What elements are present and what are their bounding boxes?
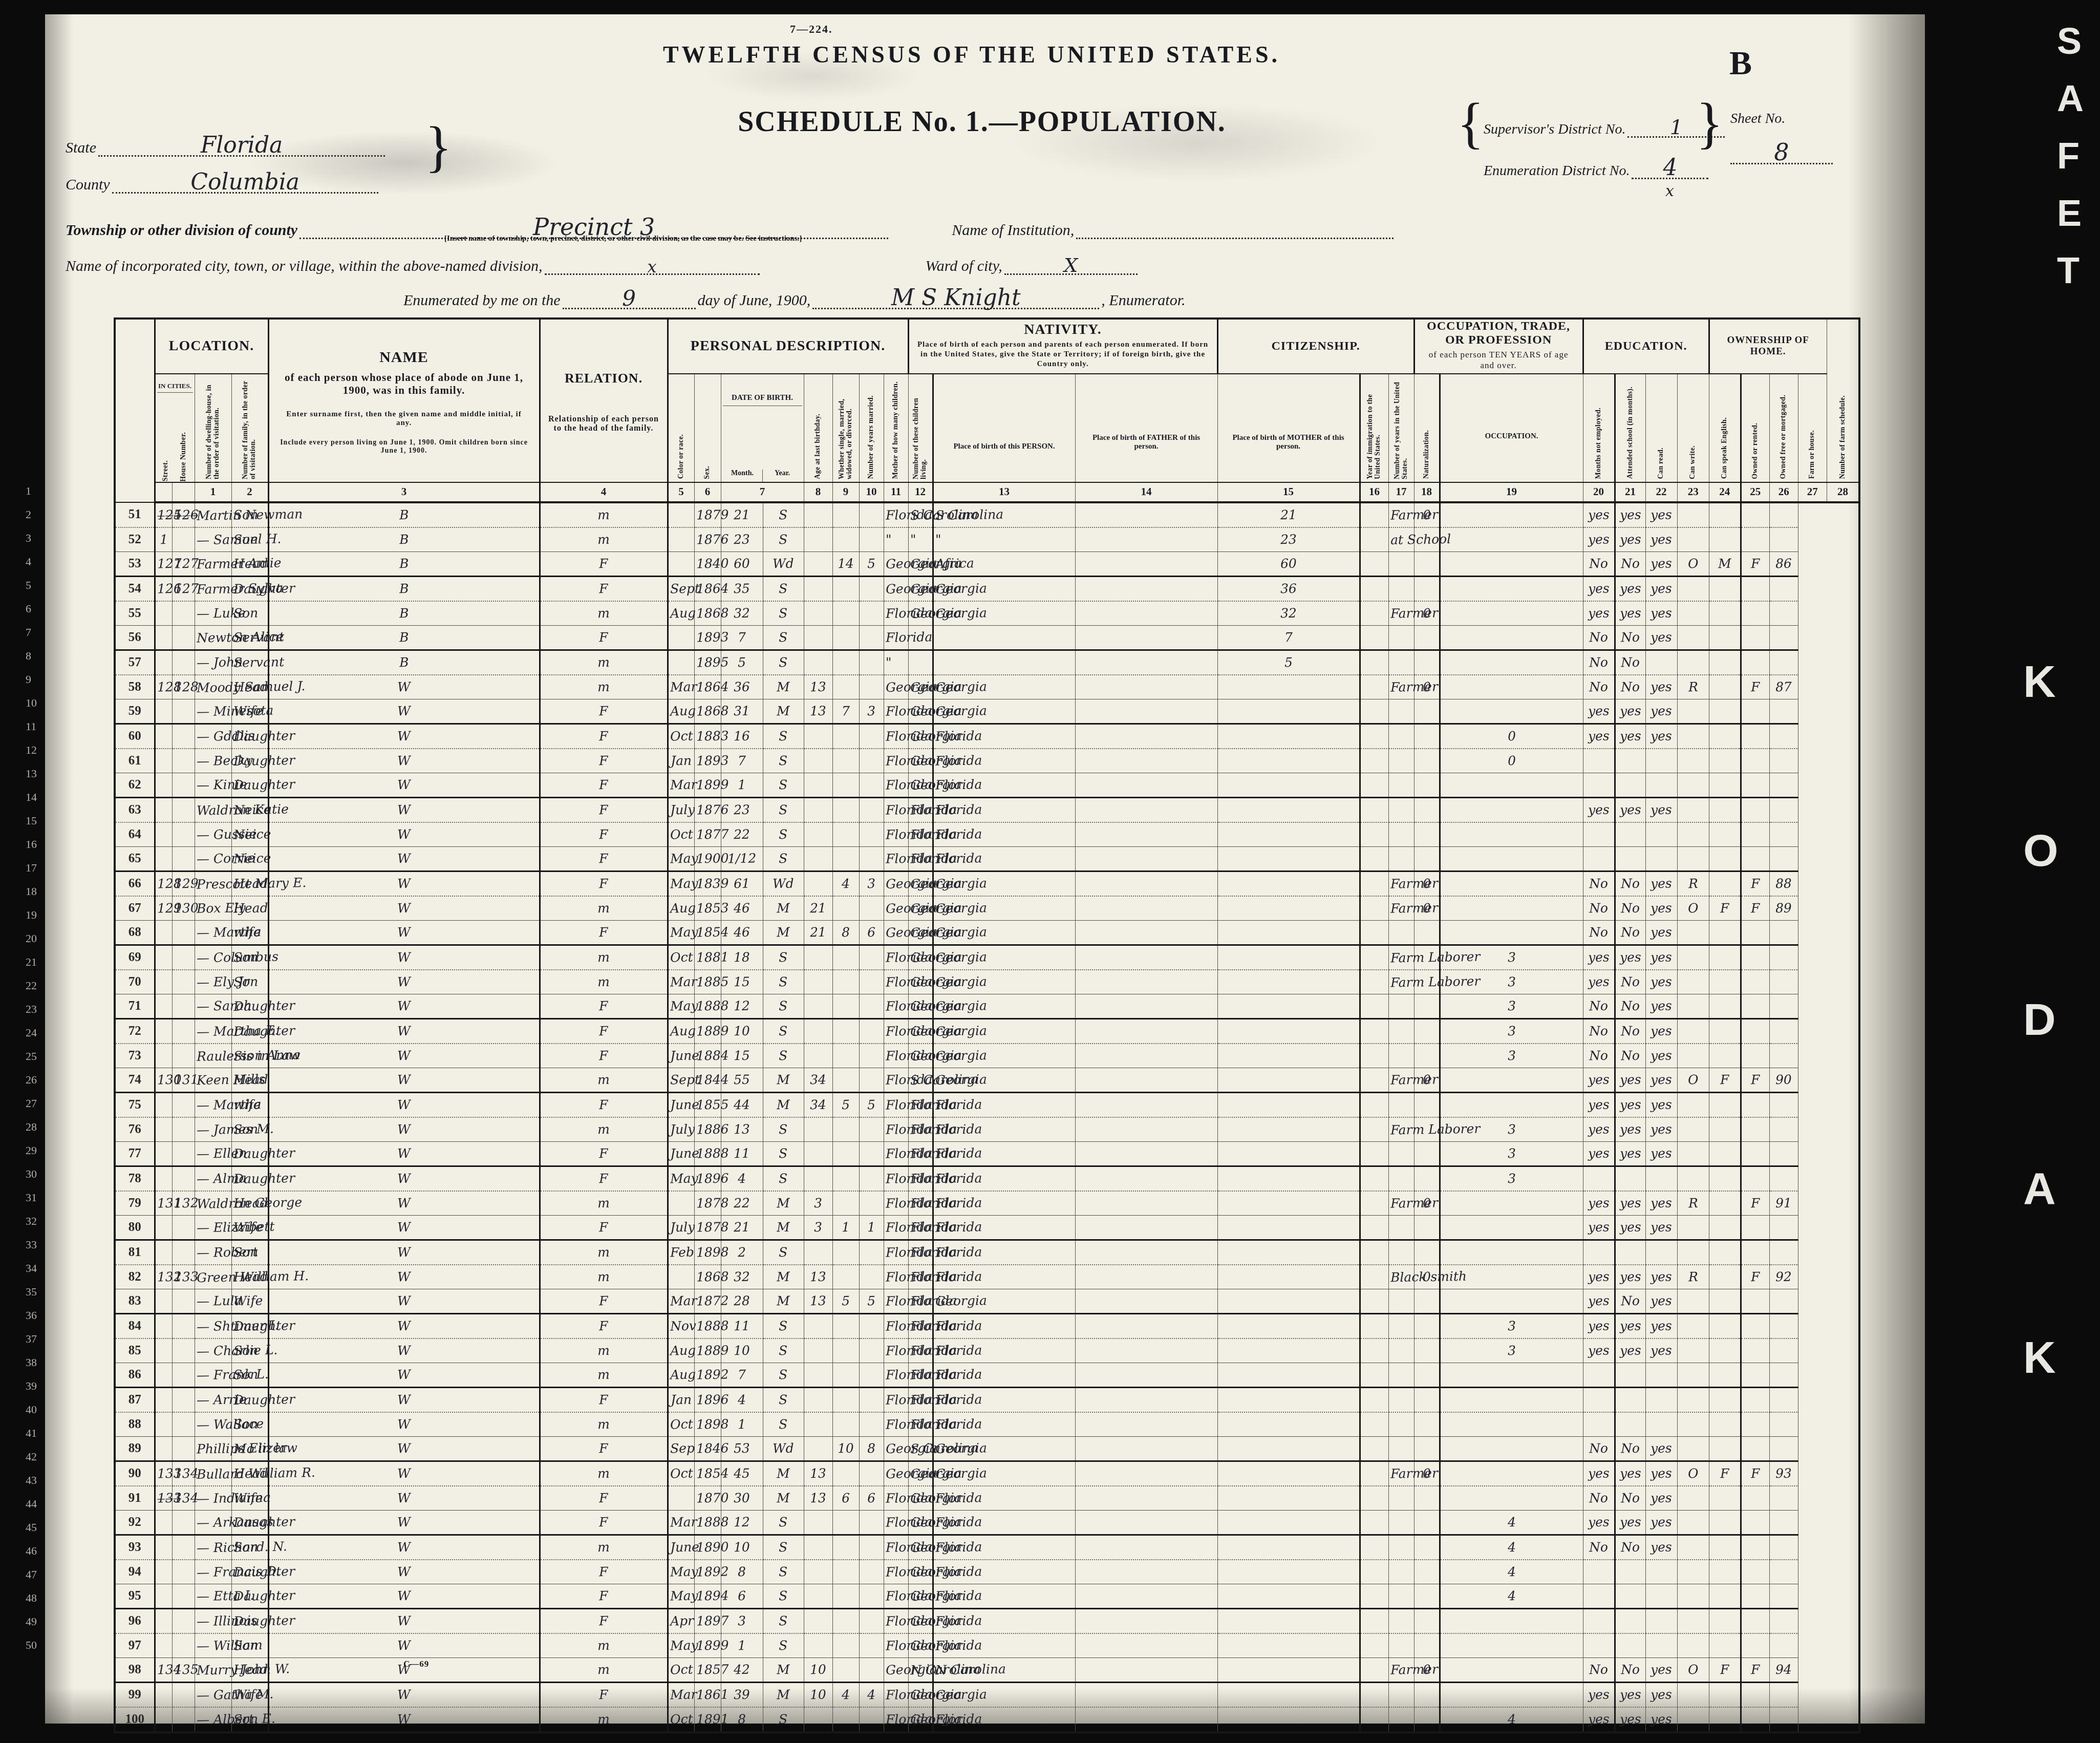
cell-write: yes [1615,1191,1645,1216]
cell-year: 1840 [694,551,721,576]
cell-pob: Florida [884,994,908,1018]
cell-living [859,846,884,871]
cell-c17 [1217,1018,1360,1044]
cell-c17: 21 [1217,502,1360,527]
census-row: 58128128Moody Samuel J.HeadWmMar186436M1… [115,675,1859,699]
col-header-date-of-birth: DATE OF BIRTH. Month. Year. [721,374,804,482]
cell-relation: Head [231,1265,268,1289]
cell-year: 1877 [694,822,721,847]
cell-sex: m [540,1707,668,1732]
cell-sex: F [540,920,668,945]
cell-relation: Neice [231,822,268,847]
cell-pob_mother: Africa [933,551,1075,576]
cell-c18 [1360,699,1388,724]
cell-schedule [1769,625,1798,650]
cell-c21_school [1440,846,1583,871]
cell-line: 78 [115,1166,155,1191]
cell-c17 [1217,1461,1360,1486]
cell-free [1709,1363,1741,1387]
cell-line: 85 [115,1338,155,1363]
cell-schedule [1769,1166,1798,1191]
col-header-can-read: Can read. [1645,374,1677,482]
cell-owned [1677,1412,1709,1437]
cell-sex: m [540,650,668,675]
margin-line-number: 38 [26,1356,37,1369]
cell-marital: M [763,1486,804,1511]
cell-yrs_married: 21 [804,896,832,921]
cell-sex: F [540,994,668,1018]
cell-pob: Florida [884,1363,908,1387]
cell-pob: Florida [884,724,908,749]
census-row: 64— GussieNeiceWFOct187722SFloridaFlorid… [115,822,1859,847]
cell-sex: F [540,1436,668,1461]
cell-free [1709,945,1741,970]
cell-living: 8 [859,1436,884,1461]
cell-marital: S [763,749,804,773]
cell-line: 84 [115,1313,155,1338]
cell-name: — Francis D. [195,1560,231,1584]
cell-c16 [1075,871,1217,896]
cell-color: W [268,749,540,773]
cell-pob: Florida [884,1018,908,1044]
cell-living: 6 [859,1486,884,1511]
cell-c20_months [1414,1166,1440,1191]
cell-mother_of [832,1412,859,1437]
cell-c20_months [1414,1092,1440,1117]
cell-pob_mother: Georgia [933,871,1075,896]
margin-line-number: 13 [26,767,37,780]
county-field: Columbia [112,166,378,194]
cell-free [1709,650,1741,675]
cell-color: W [268,773,540,797]
cell-family [172,773,195,797]
cell-c16 [1075,1289,1217,1313]
enumerated-prefix: Enumerated by me on the [403,292,561,309]
cell-month [668,551,694,576]
cell-relation: Head [231,1191,268,1216]
cell-pob: Florida [884,1117,908,1142]
cell-yrs_married [804,871,832,896]
margin-line-number: 7 [26,626,31,639]
cell-mother_of [832,896,859,921]
cell-c21_school: 4 [1440,1584,1583,1608]
margin-line-number: 44 [26,1497,37,1511]
cell-farm: F [1741,1191,1769,1216]
cell-farm [1741,1338,1769,1363]
col-header-mother-of-children: Mother of how many children. [884,374,908,482]
cell-c21_school [1440,502,1583,527]
cell-c18 [1360,1265,1388,1289]
cell-free [1709,1510,1741,1535]
cell-month: June [668,1535,694,1560]
cell-month: Sept [668,1068,694,1092]
margin-line-number: 43 [26,1474,37,1487]
cell-marital: S [763,1412,804,1437]
cell-color: W [268,896,540,921]
margin-line-number: 41 [26,1427,37,1440]
cell-write: No [1615,970,1645,994]
cell-c17 [1217,1044,1360,1068]
cell-living [859,1068,884,1092]
cell-relation: Son [231,1633,268,1658]
cell-mother_of [832,625,859,650]
cell-sex: m [540,1068,668,1092]
cell-c20_months [1414,773,1440,797]
cell-marital: M [763,1657,804,1682]
cell-read: No [1583,1436,1615,1461]
cell-c18 [1360,920,1388,945]
cell-sex: F [540,797,668,822]
cell-family [172,724,195,749]
cell-pob_mother: Georgia [933,699,1075,724]
cell-pob_mother: Florida [933,749,1075,773]
cell-yrs_married [804,749,832,773]
cell-dwelling [155,1584,172,1608]
cell-pob: Florida [884,1486,908,1511]
cell-occupation: Farm Laborer [1388,970,1414,994]
cell-c18 [1360,1657,1388,1682]
cell-english [1645,1633,1677,1658]
cell-line: 67 [115,896,155,921]
cell-c16 [1075,1387,1217,1412]
cell-occupation [1388,920,1414,945]
cell-month: Aug [668,896,694,921]
cell-pob_father: Georgia [908,896,933,921]
cell-owned [1677,1018,1709,1044]
col-header-can-speak-english: Can speak English. [1709,374,1741,482]
cell-dwelling [155,1092,172,1117]
cell-farm: F [1741,675,1769,699]
cell-c16 [1075,551,1217,576]
group-ownership: OWNERSHIP OF HOME. [1709,318,1827,374]
cell-color: B [268,650,540,675]
cell-occupation [1388,1608,1414,1633]
cell-dwelling: 133 [155,1461,172,1486]
cell-name: — Lula [195,1289,231,1313]
cell-mother_of [832,1608,859,1633]
census-row: 74130131Keen MillsHeadWmSept184455M34Flo… [115,1068,1859,1092]
cell-line: 98 [115,1657,155,1682]
cell-occupation [1388,1215,1414,1240]
cell-year: 1899 [694,773,721,797]
cell-c18 [1360,527,1388,552]
census-row: 53127127Farmer AmieHeadBF184060Wd145Geor… [115,551,1859,576]
cell-read: yes [1583,1461,1615,1486]
cell-marital: M [763,1215,804,1240]
cell-pob_mother: Florida [933,1387,1075,1412]
cell-read: No [1583,675,1615,699]
census-row: 81— RobertSonWmFeb18982SFloridaFloridaFl… [115,1240,1859,1265]
state-label: State [66,139,96,156]
cell-month [668,527,694,552]
cell-c17 [1217,749,1360,773]
cell-dwelling [155,1044,172,1068]
cell-occupation: Farm Laborer [1388,945,1414,970]
cell-owned [1677,1682,1709,1707]
census-row: 69— ColumbusSonWmOct188118SFloridaGeorgi… [115,945,1859,970]
cell-pob_father: Florida [908,1412,933,1437]
cell-free [1709,1486,1741,1511]
cell-pob: Florida [884,1068,908,1092]
col-header-month: Month. [723,470,763,482]
cell-year: 1896 [694,1387,721,1412]
cell-c16 [1075,1191,1217,1216]
cell-month: Mar [668,1289,694,1313]
census-row: 82132133Green William H.HeadWm186832M13F… [115,1265,1859,1289]
cell-schedule [1769,1092,1798,1117]
cell-yrs_married [804,1117,832,1142]
cell-mother_of: 14 [832,551,859,576]
cell-pob_mother: Georgia [933,970,1075,994]
cell-owned [1677,1486,1709,1511]
cell-c21_school [1440,822,1583,847]
cell-farm [1741,1707,1769,1732]
cell-living [859,1584,884,1608]
cell-c17 [1217,1510,1360,1535]
cell-c16 [1075,699,1217,724]
census-row: 62— KinieDaughterWFMar18991SFloridaGeorg… [115,773,1859,797]
cell-farm [1741,1240,1769,1265]
cell-schedule [1769,1141,1798,1166]
cell-english: yes [1645,724,1677,749]
cell-sex: m [540,1191,668,1216]
cell-c18 [1360,576,1388,601]
sheet-value: 8 [1774,138,1789,166]
cell-sex: F [540,551,668,576]
cell-schedule [1769,1313,1798,1338]
cell-month: July [668,1215,694,1240]
cell-marital: S [763,1510,804,1535]
cell-yrs_married [804,1560,832,1584]
cell-english [1645,749,1677,773]
cell-marital: S [763,1584,804,1608]
cell-name: Waldron George [195,1191,231,1216]
cell-occupation: at School [1388,527,1414,552]
cell-pob_father: Georgia [908,1018,933,1044]
cell-c17: 7 [1217,625,1360,650]
cell-dwelling [155,1313,172,1338]
cell-c17 [1217,1707,1360,1732]
cell-month: May [668,871,694,896]
cell-yrs_married [804,1633,832,1658]
cell-english: yes [1645,625,1677,650]
census-row: 80— ElizzibettWifeWFJuly187821M311Florid… [115,1215,1859,1240]
census-row: 55— LukeSonBmAug186832SFloridaGeorgiaGeo… [115,601,1859,626]
cell-c17 [1217,1313,1360,1338]
cell-color: B [268,551,540,576]
cell-name: Murry John W. [195,1657,231,1682]
census-row: 89Phillips ElizerMo in lawWFSep184653Wd1… [115,1436,1859,1461]
supervisor-value: 1 [1670,116,1683,139]
cell-pob_mother: Florida [933,1510,1075,1535]
cell-c16 [1075,625,1217,650]
cell-pob_father: Georgia [908,1707,933,1732]
cell-color: B [268,601,540,626]
cell-c17 [1217,1166,1360,1191]
cell-free [1709,699,1741,724]
cell-month [668,1265,694,1289]
cell-relation: Daughter [231,1560,268,1584]
cell-pob: Florida [884,1412,908,1437]
cell-relation: wife [231,920,268,945]
cell-read: yes [1583,576,1615,601]
cell-read: yes [1583,1191,1615,1216]
cell-family [172,1240,195,1265]
cell-pob: Florida [884,773,908,797]
cell-sex: F [540,1313,668,1338]
cell-farm [1741,846,1769,871]
cell-mother_of [832,1707,859,1732]
cell-month: Jan [668,749,694,773]
cell-pob_mother: " [933,527,1075,552]
cell-free [1709,1018,1741,1044]
cell-family [172,1510,195,1535]
cell-farm [1741,724,1769,749]
col-header-owned-or-rented: Owned or rented. [1741,374,1769,482]
cell-mother_of [832,1387,859,1412]
cell-english [1645,1363,1677,1387]
margin-line-number: 4 [26,555,31,568]
cell-sex: m [540,1240,668,1265]
col-header-pob-person: Place of birth of this PERSON. [933,374,1075,482]
cell-mother_of [832,1117,859,1142]
margin-line-number: 33 [26,1238,37,1251]
cell-write: No [1615,1486,1645,1511]
margin-line-number: 3 [26,532,31,545]
cell-marital: S [763,773,804,797]
cell-occupation: Farmer [1388,896,1414,921]
cell-c20_months [1414,1044,1440,1068]
cell-english [1645,1412,1677,1437]
cell-schedule [1769,1633,1798,1658]
cell-year: 1879 [694,502,721,527]
cell-occupation [1388,1486,1414,1511]
cell-living [859,625,884,650]
cell-english [1645,650,1677,675]
cell-english: yes [1645,970,1677,994]
cell-year: 1885 [694,970,721,994]
cell-c18 [1360,1191,1388,1216]
cell-living [859,1387,884,1412]
cell-dwelling [155,1387,172,1412]
cell-c17 [1217,1289,1360,1313]
cell-free [1709,797,1741,822]
cell-occupation: Farmer [1388,1191,1414,1216]
cell-read: yes [1583,970,1615,994]
cell-relation: Daughter [231,724,268,749]
cell-dwelling: 130 [155,1068,172,1092]
cell-family [172,1707,195,1732]
cell-color: B [268,502,540,527]
cell-write: yes [1615,1117,1645,1142]
cell-schedule [1769,1535,1798,1560]
cell-living [859,502,884,527]
group-citizenship: CITIZENSHIP. [1217,318,1414,374]
cell-free [1709,527,1741,552]
cell-yrs_married [804,1018,832,1044]
cell-english: yes [1645,945,1677,970]
cell-owned [1677,797,1709,822]
cell-c16 [1075,1240,1217,1265]
cell-farm [1741,1141,1769,1166]
cell-relation: Mo in law [231,1436,268,1461]
cell-year: 1876 [694,527,721,552]
cell-english: yes [1645,1265,1677,1289]
cell-family [172,1682,195,1707]
cell-pob: Florida [884,1289,908,1313]
cell-name: Waldron Katie [195,797,231,822]
cell-name: — Gatha M. [195,1682,231,1707]
cell-c17: 5 [1217,650,1360,675]
cell-family: 1̶2̶6̶ [172,502,195,527]
cell-line: 57 [115,650,155,675]
cell-free [1709,773,1741,797]
cell-c17 [1217,1657,1360,1682]
cell-yrs_married [804,502,832,527]
cell-name: — John [195,650,231,675]
cell-yrs_married: 13 [804,699,832,724]
cell-year: 1898 [694,1240,721,1265]
cell-pob_mother: Florida [933,1265,1075,1289]
margin-line-number: 40 [26,1403,37,1416]
cell-month: Mar [668,675,694,699]
cell-name: — Albert. E. [195,1707,231,1732]
col-header-years-married: Number of years married. [859,374,884,482]
cell-living: 5 [859,1092,884,1117]
margin-line-number: 18 [26,885,37,898]
cell-dwelling: 127 [155,551,172,576]
cell-farm [1741,797,1769,822]
cell-pob_father: Florida [908,1240,933,1265]
cell-occupation [1388,1633,1414,1658]
cell-english: yes [1645,1461,1677,1486]
cell-name: — Gussie [195,822,231,847]
cell-living [859,576,884,601]
cell-name: — Ely Jr [195,970,231,994]
cell-schedule [1769,1240,1798,1265]
cell-english: yes [1645,1215,1677,1240]
col-header-attended-school: Attended school (in months). [1615,374,1645,482]
cell-c16 [1075,502,1217,527]
cell-write: No [1615,896,1645,921]
cell-name: Prescott Mary E. [195,871,231,896]
margin-line-number: 27 [26,1097,37,1110]
cell-marital: Wd [763,871,804,896]
cell-sex: F [540,1608,668,1633]
enumeration-field: 4 [1632,152,1708,179]
cell-dwelling [155,625,172,650]
cell-c21_school [1440,1289,1583,1313]
cell-living [859,1461,884,1486]
cell-english [1645,773,1677,797]
cell-free [1709,1117,1741,1142]
cell-relation: Wife [231,1682,268,1707]
cell-c18 [1360,1387,1388,1412]
cell-marital: S [763,1608,804,1633]
cell-name: — Arrie [195,1387,231,1412]
cell-owned [1677,1117,1709,1142]
cell-write: yes [1615,797,1645,822]
cell-c16 [1075,1412,1217,1437]
cell-schedule [1769,994,1798,1018]
cell-pob: Georgia [884,896,908,921]
margin-line-number: 25 [26,1050,37,1063]
cell-c21_school [1440,1461,1583,1486]
cell-month: Mar [668,773,694,797]
cell-family: 127 [172,551,195,576]
cell-line: 81 [115,1240,155,1265]
cell-mother_of [832,601,859,626]
